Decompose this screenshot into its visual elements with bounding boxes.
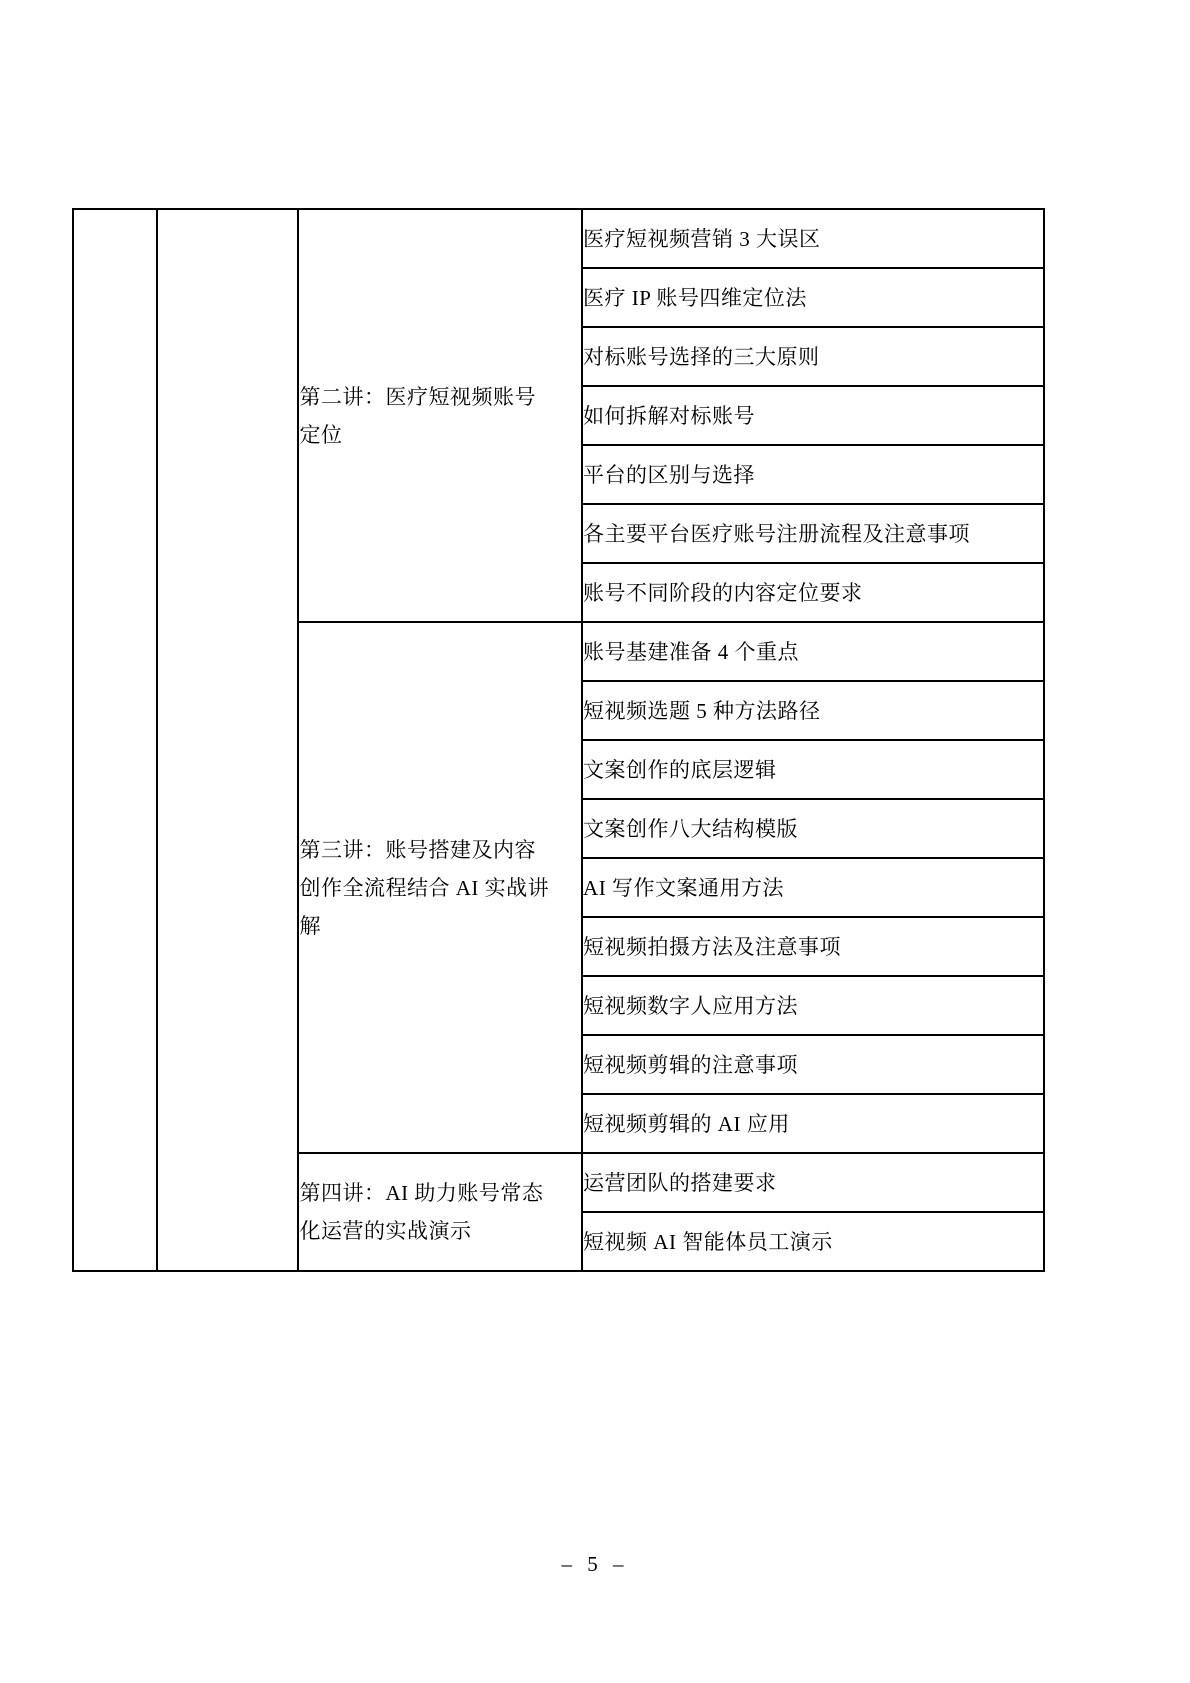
table-cell-blank-2 (157, 209, 298, 1271)
lecture-title-cell: 第四讲：AI 助力账号常态 化运营的实战演示 (298, 1153, 582, 1271)
lecture-title: 第三讲：账号搭建及内容 创作全流程结合 AI 实战讲 解 (299, 831, 581, 945)
course-item-cell: 账号基建准备 4 个重点 (582, 622, 1044, 681)
course-item-cell: 对标账号选择的三大原则 (582, 327, 1044, 386)
course-item-cell: 短视频选题 5 种方法路径 (582, 681, 1044, 740)
course-item-cell: 平台的区别与选择 (582, 445, 1044, 504)
table-row: 第二讲：医疗短视频账号 定位 医疗短视频营销 3 大误区 (73, 209, 1044, 268)
lecture-title: 第四讲：AI 助力账号常态 化运营的实战演示 (299, 1174, 581, 1250)
course-item-cell: 账号不同阶段的内容定位要求 (582, 563, 1044, 622)
lecture-title-cell: 第三讲：账号搭建及内容 创作全流程结合 AI 实战讲 解 (298, 622, 582, 1153)
document-page: 第二讲：医疗短视频账号 定位 医疗短视频营销 3 大误区 医疗 IP 账号四维定… (0, 0, 1190, 1683)
course-item-cell: 短视频拍摄方法及注意事项 (582, 917, 1044, 976)
course-item-cell: 各主要平台医疗账号注册流程及注意事项 (582, 504, 1044, 563)
table-cell-blank-1 (73, 209, 157, 1271)
page-number: – 5 – (0, 1552, 1190, 1577)
course-item-cell: 文案创作的底层逻辑 (582, 740, 1044, 799)
course-item-cell: 如何拆解对标账号 (582, 386, 1044, 445)
course-item-cell: 运营团队的搭建要求 (582, 1153, 1044, 1212)
course-item-cell: 短视频剪辑的 AI 应用 (582, 1094, 1044, 1153)
course-item-cell: AI 写作文案通用方法 (582, 858, 1044, 917)
lecture-title-cell: 第二讲：医疗短视频账号 定位 (298, 209, 582, 622)
course-item-cell: 医疗短视频营销 3 大误区 (582, 209, 1044, 268)
lecture-title: 第二讲：医疗短视频账号 定位 (299, 378, 581, 454)
course-item-cell: 短视频数字人应用方法 (582, 976, 1044, 1035)
course-item-cell: 医疗 IP 账号四维定位法 (582, 268, 1044, 327)
course-item-cell: 文案创作八大结构模版 (582, 799, 1044, 858)
course-item-cell: 短视频剪辑的注意事项 (582, 1035, 1044, 1094)
course-outline-table: 第二讲：医疗短视频账号 定位 医疗短视频营销 3 大误区 医疗 IP 账号四维定… (72, 208, 1045, 1272)
course-item-cell: 短视频 AI 智能体员工演示 (582, 1212, 1044, 1271)
